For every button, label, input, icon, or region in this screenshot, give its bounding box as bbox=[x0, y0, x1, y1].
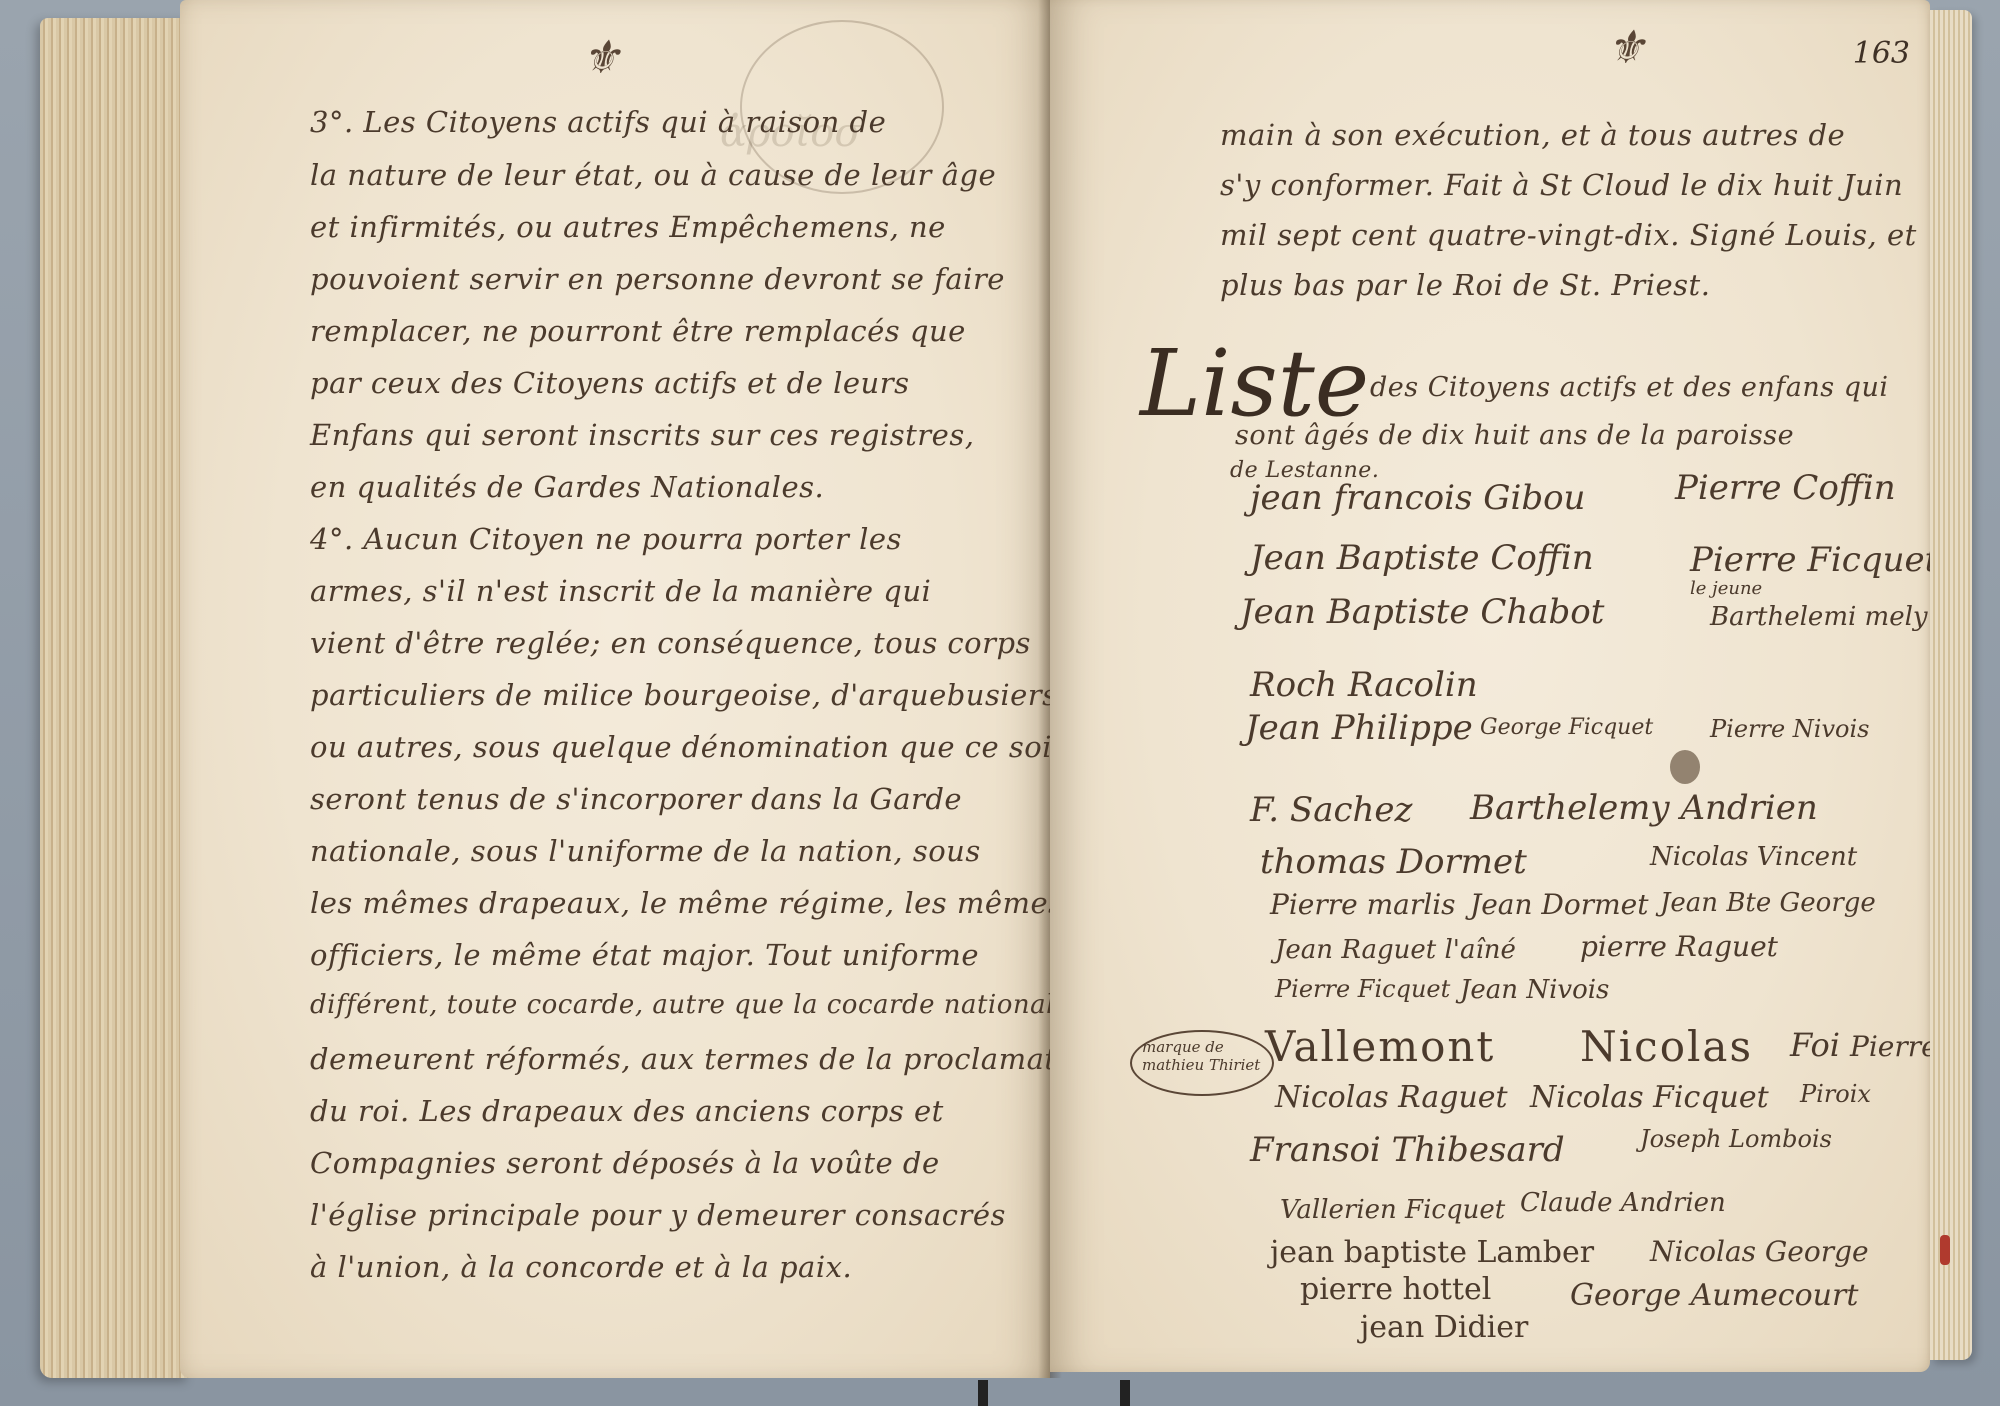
signature: Jean Baptiste Coffin bbox=[1250, 538, 1594, 578]
text-line: et infirmités, ou autres Empêchemens, ne bbox=[310, 210, 946, 244]
book-clip bbox=[978, 1380, 988, 1406]
text-line: pouvoient servir en personne devront se … bbox=[310, 262, 1005, 296]
book-clip bbox=[1120, 1380, 1130, 1406]
signature: jean francois Gibou bbox=[1250, 478, 1585, 518]
open-register-book: ἀροῐοσ ⚜ 3°. Les Citoyens actifs qui à r… bbox=[20, 0, 1980, 1390]
text-line: en qualités de Gardes Nationales. bbox=[310, 470, 824, 504]
text-line: plus bas par le Roi de St. Priest. bbox=[1220, 268, 1710, 302]
signature: Fransoi Thibesard bbox=[1250, 1130, 1565, 1170]
signature: Foi bbox=[1790, 1026, 1840, 1064]
signature: Jean Bte George bbox=[1660, 888, 1876, 918]
text-line: 4°. Aucun Citoyen ne pourra porter les bbox=[310, 522, 902, 556]
ink-blot bbox=[1670, 750, 1700, 784]
text-line: nationale, sous l'uniforme de la nation,… bbox=[310, 834, 981, 868]
signature: Claude Andrien bbox=[1520, 1188, 1726, 1218]
text-line: la nature de leur état, ou à cause de le… bbox=[310, 158, 996, 192]
signature: Pierre bbox=[1850, 1030, 1938, 1063]
text-line: Compagnies seront déposés à la voûte de bbox=[310, 1146, 940, 1180]
signature: pierre Raguet bbox=[1580, 930, 1778, 963]
signature: Vallemont bbox=[1265, 1022, 1495, 1071]
signature: thomas Dormet bbox=[1260, 842, 1527, 882]
text-line: mil sept cent quatre-vingt-dix. Signé Lo… bbox=[1220, 218, 1917, 252]
signature: Nicolas bbox=[1580, 1022, 1753, 1071]
text-line: les mêmes drapeaux, le même régime, les … bbox=[310, 886, 1064, 920]
text-line: à l'union, à la concorde et à la paix. bbox=[310, 1250, 852, 1284]
signature: Joseph Lombois bbox=[1640, 1125, 1832, 1153]
signature: Jean Nivois bbox=[1460, 975, 1609, 1005]
text-line: par ceux des Citoyens actifs et de leurs bbox=[310, 366, 909, 400]
signature: Barthelemi mely bbox=[1710, 602, 1928, 632]
signature: Nicolas Vincent bbox=[1650, 842, 1857, 872]
signature-note: le jeune bbox=[1690, 578, 1762, 599]
left-page-edges bbox=[40, 18, 190, 1378]
signature: Jean Raguet l'aîné bbox=[1275, 935, 1516, 965]
text-line: s'y conformer. Fait à St Cloud le dix hu… bbox=[1220, 168, 1903, 202]
text-line: 3°. Les Citoyens actifs qui à raison de bbox=[310, 105, 886, 139]
signature: George Ficquet bbox=[1480, 715, 1653, 740]
text-line: particuliers de milice bourgeoise, d'arq… bbox=[310, 678, 1067, 712]
margin-note-line: mathieu Thiriet bbox=[1142, 1056, 1262, 1074]
text-line: officiers, le même état major. Tout unif… bbox=[310, 938, 979, 972]
signature: Barthelemy Andrien bbox=[1470, 788, 1818, 828]
signature: Jean Dormet bbox=[1470, 888, 1649, 921]
left-page: ἀροῐοσ ⚜ 3°. Les Citoyens actifs qui à r… bbox=[180, 0, 1050, 1378]
text-line: Enfans qui seront inscrits sur ces regis… bbox=[310, 418, 974, 452]
signature: George Aumecourt bbox=[1570, 1278, 1858, 1313]
text-line: différent, toute cocarde, autre que la c… bbox=[310, 990, 1071, 1020]
signature: Roch Racolin bbox=[1250, 665, 1478, 705]
page-number: 163 bbox=[1853, 36, 1910, 71]
text-line: armes, s'il n'est inscrit de la manière … bbox=[310, 574, 931, 608]
list-heading-line: des Citoyens actifs et des enfans qui bbox=[1370, 372, 1889, 403]
margin-note-oval: marque de mathieu Thiriet bbox=[1130, 1030, 1274, 1096]
right-page: 163 ⚜ main à son exécution, et à tous au… bbox=[1050, 0, 1930, 1372]
signature: F. Sachez bbox=[1250, 790, 1412, 830]
signature: jean Didier bbox=[1360, 1310, 1528, 1345]
signature: Pierre Ficquet bbox=[1275, 975, 1450, 1003]
text-line: demeurent réformés, aux termes de la pro… bbox=[310, 1042, 1103, 1076]
signature: Pierre Coffin bbox=[1675, 468, 1896, 508]
signature: Pierre Ficquet bbox=[1690, 540, 1938, 580]
text-line: du roi. Les drapeaux des anciens corps e… bbox=[310, 1094, 944, 1128]
signature: Pierre Nivois bbox=[1710, 715, 1869, 743]
signature: jean baptiste Lamber bbox=[1270, 1235, 1594, 1270]
signature: pierre hottel bbox=[1300, 1272, 1491, 1307]
red-wax-mark bbox=[1940, 1235, 1950, 1265]
text-line: seront tenus de s'incorporer dans la Gar… bbox=[310, 782, 962, 816]
signature: Nicolas Ficquet bbox=[1530, 1080, 1769, 1115]
flourish-top-left: ⚜ bbox=[580, 30, 621, 84]
signature: Jean Philippe bbox=[1245, 708, 1473, 748]
signature: Pierre marlis bbox=[1270, 888, 1456, 921]
flourish-top-right: ⚜ bbox=[1605, 20, 1646, 74]
right-page-edges bbox=[1930, 10, 1972, 1360]
list-heading-line: sont âgés de dix huit ans de la paroisse bbox=[1235, 420, 1794, 451]
signature: Nicolas Raguet bbox=[1275, 1080, 1508, 1115]
margin-note-line: marque de bbox=[1142, 1038, 1262, 1056]
signature: Vallerien Ficquet bbox=[1280, 1195, 1505, 1225]
text-line: remplacer, ne pourront être remplacés qu… bbox=[310, 314, 966, 348]
signature: Jean Baptiste Chabot bbox=[1240, 592, 1604, 632]
signature: Piroix bbox=[1800, 1080, 1871, 1108]
text-line: l'église principale pour y demeurer cons… bbox=[310, 1198, 1006, 1232]
text-line: vient d'être reglée; en conséquence, tou… bbox=[310, 626, 1031, 660]
signature: Nicolas George bbox=[1650, 1235, 1869, 1268]
text-line: main à son exécution, et à tous autres d… bbox=[1220, 118, 1845, 152]
text-line: ou autres, sous quelque dénomination que… bbox=[310, 730, 1074, 764]
